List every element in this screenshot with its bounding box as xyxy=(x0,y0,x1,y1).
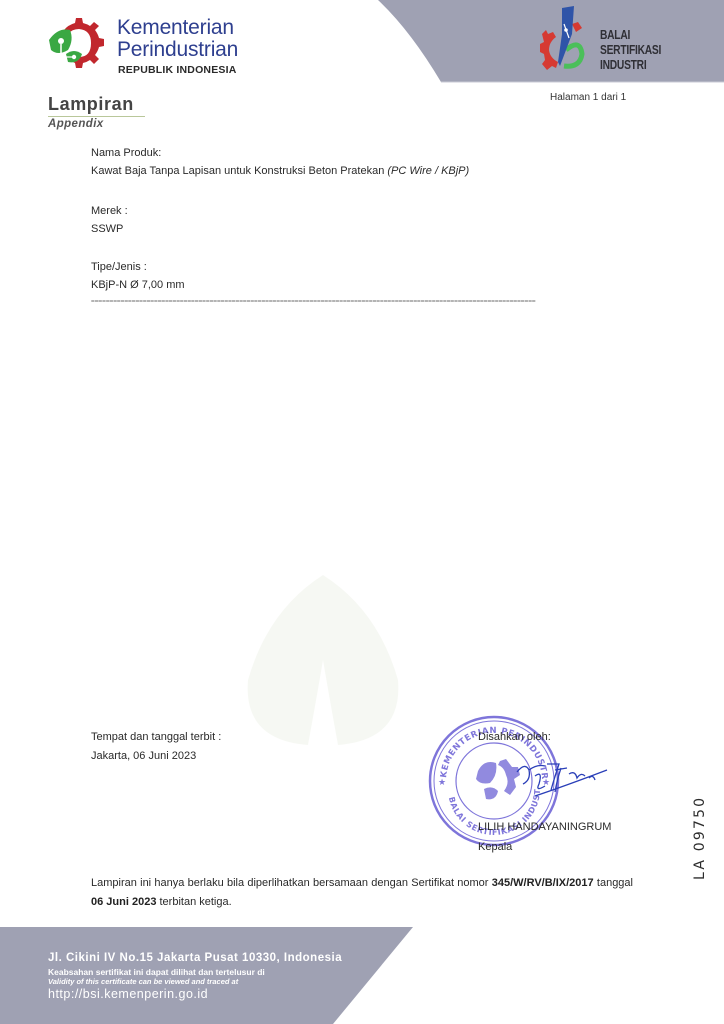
type-field: Tipe/Jenis : KBjP-N Ø 7,00 mm xyxy=(91,260,185,296)
serial-number: LA 09750 xyxy=(692,796,708,880)
agency-name-line1: BALAI xyxy=(600,28,661,43)
document-heading: Lampiran Appendix xyxy=(48,94,145,130)
ministry-name: Kementerian Perindustrian xyxy=(117,17,238,61)
brand-value: SSWP xyxy=(91,222,128,236)
validity-notice: Lampiran ini hanya berlaku bila diperlih… xyxy=(91,874,633,912)
brand-label: Merek : xyxy=(91,204,128,218)
signer-title: Kepala xyxy=(478,840,512,854)
notice-text-middle: tanggal xyxy=(594,877,633,889)
footer-validity-en: Validity of this certificate can be view… xyxy=(48,977,342,986)
agency-name: BALAI SERTIFIKASI INDUSTRI xyxy=(600,28,661,73)
heading-title: Lampiran xyxy=(48,94,145,115)
type-value: KBjP-N Ø 7,00 mm xyxy=(91,278,185,292)
watermark-icon xyxy=(228,570,418,750)
notice-text: Lampiran ini hanya berlaku bila diperlih… xyxy=(91,877,492,889)
signer-name: LILIH HANDAYANINGRUM xyxy=(478,820,611,834)
footer: Jl. Cikini IV No.15 Jakarta Pusat 10330,… xyxy=(48,952,342,1001)
page-indicator: Halaman 1 dari 1 xyxy=(550,92,626,103)
product-name-value: Kawat Baja Tanpa Lapisan untuk Konstruks… xyxy=(91,164,469,178)
brand-field: Merek : SSWP xyxy=(91,204,128,240)
signature-icon xyxy=(515,756,615,806)
product-name-italic: (PC Wire / KBjP) xyxy=(387,165,469,177)
approval-label: Disahkan oleh: xyxy=(478,730,551,744)
product-name-field: Nama Produk: Kawat Baja Tanpa Lapisan un… xyxy=(91,146,469,182)
product-name-label: Nama Produk: xyxy=(91,146,469,160)
ministry-name-line2: Perindustrian xyxy=(117,39,238,61)
certificate-number: 345/W/RV/B/IX/2017 xyxy=(492,877,594,889)
footer-validity-id: Keabsahan sertifikat ini dapat dilihat d… xyxy=(48,967,342,977)
agency-name-line2: SERTIFIKASI xyxy=(600,43,661,58)
type-label: Tipe/Jenis : xyxy=(91,260,185,274)
issuance-label: Tempat dan tanggal terbit : xyxy=(91,730,221,744)
agency-name-line3: INDUSTRI xyxy=(600,58,661,73)
certificate-date: 06 Juni 2023 xyxy=(91,896,156,908)
ministry-name-line1: Kementerian xyxy=(117,17,238,39)
ministry-country: REPUBLIK INDONESIA xyxy=(118,64,237,76)
heading-divider xyxy=(48,116,145,117)
separator-line: ========================================… xyxy=(91,298,536,305)
heading-subtitle: Appendix xyxy=(48,118,145,130)
bsi-logo-icon xyxy=(536,4,598,80)
footer-url-link[interactable]: http://bsi.kemenperin.go.id xyxy=(48,987,342,1001)
footer-address: Jl. Cikini IV No.15 Jakarta Pusat 10330,… xyxy=(48,952,342,964)
svg-text:★: ★ xyxy=(438,777,446,787)
issuance-value: Jakarta, 06 Juni 2023 xyxy=(91,749,221,763)
notice-text-end: terbitan ketiga. xyxy=(156,896,231,908)
issuance-block: Tempat dan tanggal terbit : Jakarta, 06 … xyxy=(91,730,221,768)
product-name-text: Kawat Baja Tanpa Lapisan untuk Konstruks… xyxy=(91,165,387,177)
kemenperin-logo-icon xyxy=(46,12,112,78)
